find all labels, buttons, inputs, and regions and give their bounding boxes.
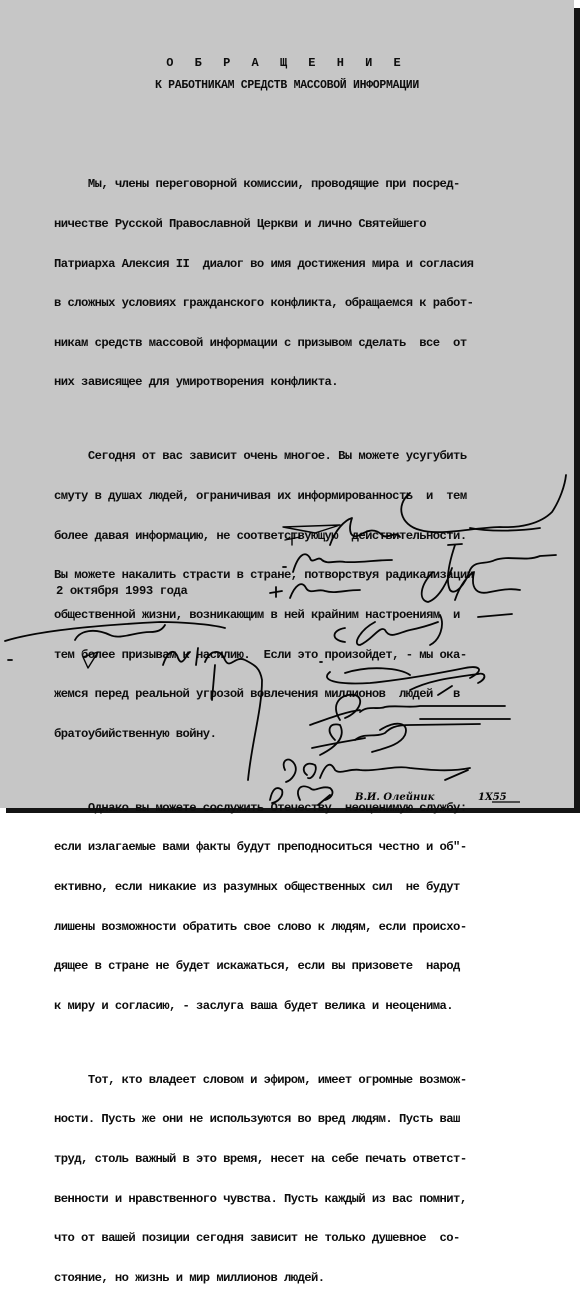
text-line: Вы можете накалить страсти в стране, пот… <box>54 569 564 582</box>
text-line: в сложных условиях гражданского конфликт… <box>54 297 564 310</box>
text-line: тем более призывам к насилию. Если это п… <box>54 649 564 662</box>
document-date: 2 октября 1993 года <box>56 584 187 598</box>
text-line: ничестве Русской Православной Церкви и л… <box>54 218 564 231</box>
document-page: О Б Р А Щ Е Н И Е К РАБОТНИКАМ СРЕДСТВ М… <box>0 0 574 808</box>
text-line: жемся перед реальной угрозой вовлечения … <box>54 688 564 701</box>
text-line: смуту в душах людей, ограничивая их инфо… <box>54 490 564 503</box>
text-line: братоубийственную войну. <box>54 728 564 741</box>
document-body: Мы, члены переговорной комиссии, проводя… <box>54 152 564 821</box>
text-line: Мы, члены переговорной комиссии, проводя… <box>54 178 564 191</box>
scan-frame: О Б Р А Щ Е Н И Е К РАБОТНИКАМ СРЕДСТВ М… <box>0 0 586 821</box>
paragraph-1: Мы, члены переговорной комиссии, проводя… <box>54 152 564 416</box>
text-line: Однако вы можете сослужить Отечеству нео… <box>54 802 564 815</box>
text-line: Сегодня от вас зависит очень многое. Вы … <box>54 450 564 463</box>
text-line: Патриарха Алексия II диалог во имя дости… <box>54 258 564 271</box>
text-line: них зависящее для умиротворения конфликт… <box>54 376 564 389</box>
text-line: общественной жизни, возникающим в ней кр… <box>54 609 564 622</box>
document-title: О Б Р А Щ Е Н И Е <box>0 56 574 70</box>
paragraph-3: Однако вы можете сослужить Отечеству нео… <box>54 775 564 821</box>
document-subtitle: К РАБОТНИКАМ СРЕДСТВ МАССОВОЙ ИНФОРМАЦИИ <box>0 79 574 92</box>
text-line: никам средств массовой информации с приз… <box>54 337 564 350</box>
text-line: более давая информацию, не соответствующ… <box>54 530 564 543</box>
